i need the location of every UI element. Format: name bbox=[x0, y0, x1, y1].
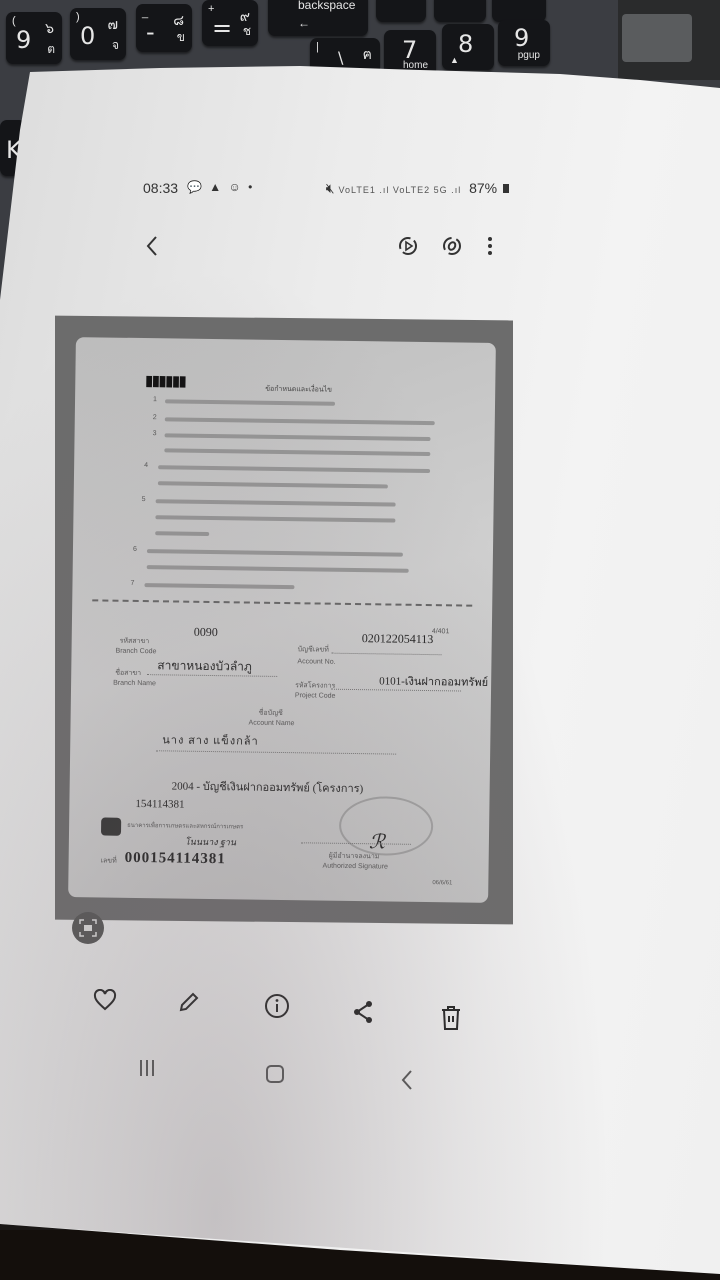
bank-logo-icon bbox=[101, 817, 121, 835]
rule-text bbox=[165, 417, 435, 425]
rule-text bbox=[155, 531, 209, 536]
nav-back-button[interactable] bbox=[394, 1067, 420, 1093]
rule-number: 3 bbox=[153, 430, 157, 437]
rule-text bbox=[156, 499, 396, 506]
key-sub-label: ▲ bbox=[450, 55, 459, 65]
signature-label-th: ผู้มีอำนาจลงนาม bbox=[329, 851, 380, 863]
signature-label-en: Authorized Signature bbox=[323, 863, 388, 871]
keyboard-key-backspace: backspace ← bbox=[268, 0, 368, 36]
motion-photo-icon bbox=[397, 235, 419, 257]
status-time: 08:33 bbox=[143, 180, 178, 196]
system-nav-bar bbox=[120, 1055, 440, 1095]
mute-icon: 🔇︎ bbox=[326, 180, 335, 196]
heart-icon bbox=[93, 989, 117, 1011]
bank-stamp bbox=[339, 796, 434, 856]
underline bbox=[332, 653, 442, 656]
rule-number: 4 bbox=[144, 462, 148, 469]
viewer-top-bar bbox=[140, 230, 510, 264]
pencil-icon bbox=[177, 990, 201, 1014]
key-top-label: backspace bbox=[298, 0, 355, 12]
rule-number: 1 bbox=[153, 396, 157, 403]
project-code-label-en: Project Code bbox=[295, 692, 336, 700]
favorite-button[interactable] bbox=[90, 985, 120, 1015]
project-code-label-th: รหัสโครงการ bbox=[295, 680, 335, 692]
share-icon bbox=[352, 1000, 374, 1024]
key-sub-label: pgup bbox=[518, 50, 540, 61]
customer-number: 154114381 bbox=[135, 798, 184, 811]
underline bbox=[156, 750, 396, 754]
remaster-button[interactable] bbox=[438, 232, 466, 260]
remaster-icon bbox=[441, 235, 463, 257]
perforation-line bbox=[92, 599, 472, 606]
rule-number: 5 bbox=[142, 496, 146, 503]
viewer-action-bar bbox=[80, 985, 480, 1035]
info-icon bbox=[264, 993, 290, 1019]
keyboard-key: _ - ๘ ข bbox=[136, 4, 192, 52]
key-main-label: \ bbox=[338, 48, 343, 67]
keyboard-key bbox=[434, 0, 486, 22]
keyboard-key-numpad-8: 8 ▲ bbox=[442, 24, 494, 70]
status-bar: 08:33 💬 ▲ ☺ • 🔇︎ VoLTE1 .ıl VoLTE2 5G .ı… bbox=[143, 180, 509, 202]
branch-code-label-en: Branch Code bbox=[115, 648, 156, 656]
key-thai-sub-label: ← bbox=[298, 16, 310, 30]
project-code-value: 0101-เงินฝากออมทรัพย์ bbox=[379, 671, 488, 691]
home-icon bbox=[265, 1064, 285, 1084]
home-button[interactable] bbox=[262, 1061, 288, 1087]
account-name-value: นาง สาง แข็งกล้า bbox=[162, 730, 259, 749]
officer-signature: โนนนาง ฐาน bbox=[185, 835, 236, 850]
keyboard-key bbox=[376, 0, 426, 22]
key-top-label: | bbox=[316, 41, 319, 53]
battery-icon bbox=[503, 184, 509, 193]
underline bbox=[147, 674, 277, 677]
rules-heading: ข้อกำหนดและเงื่อนไข bbox=[265, 384, 332, 396]
rule-text bbox=[147, 549, 403, 557]
chevron-left-icon bbox=[145, 235, 159, 257]
details-button[interactable] bbox=[262, 991, 292, 1021]
trash-icon bbox=[440, 1005, 462, 1031]
form-code: 4/401 bbox=[432, 628, 450, 635]
rule-text bbox=[144, 583, 294, 589]
rule-text bbox=[158, 465, 430, 473]
key-main-label: = bbox=[212, 14, 232, 42]
branch-name-label-th: ชื่อสาขา bbox=[115, 668, 141, 679]
passbook-number: 000154114381 bbox=[125, 850, 226, 868]
share-button[interactable] bbox=[348, 997, 378, 1027]
rule-number: 7 bbox=[130, 580, 134, 587]
rule-text bbox=[165, 399, 335, 405]
branch-name-label-en: Branch Name bbox=[113, 680, 156, 688]
passbook-page: ▮▮▮▮▮▮ ข้อกำหนดและเงื่อนไข 1 2 3 4 5 6 7… bbox=[68, 337, 496, 903]
rule-text bbox=[164, 448, 430, 456]
rule-text bbox=[165, 433, 431, 441]
key-thai-sub-label: ช bbox=[243, 22, 251, 41]
keyboard-key-numpad-9: 9 pgup bbox=[498, 20, 550, 66]
key-main-label: 0 bbox=[80, 22, 95, 50]
usb-connector bbox=[622, 14, 692, 62]
keyboard-key: ( 9 ๖ ต bbox=[6, 12, 62, 64]
key-main-label: 9 bbox=[514, 24, 529, 52]
footer-code: 06/6/61 bbox=[432, 880, 452, 886]
scan-text-button[interactable] bbox=[72, 912, 104, 944]
status-right: 🔇︎ VoLTE1 .ıl VoLTE2 5G .ıl 87% bbox=[326, 180, 509, 197]
keyboard-key: ) 0 ๗ จ bbox=[70, 8, 126, 60]
key-main-label: 9 bbox=[16, 26, 31, 54]
branch-code-label-th: รหัสสาขา bbox=[120, 636, 150, 647]
keyboard-key bbox=[492, 0, 546, 22]
back-button[interactable] bbox=[140, 232, 164, 260]
key-thai-sub-label: ต bbox=[47, 40, 55, 59]
branch-code-value: 0090 bbox=[194, 625, 218, 640]
key-sub-label: home bbox=[403, 60, 428, 71]
delete-button[interactable] bbox=[436, 1003, 466, 1033]
keyboard-key: + = ๙ ช bbox=[202, 0, 258, 46]
motion-photo-button[interactable] bbox=[394, 232, 422, 260]
printed-paper: 08:33 💬 ▲ ☺ • 🔇︎ VoLTE1 .ıl VoLTE2 5G .ı… bbox=[0, 0, 720, 1280]
barcode-mark: ▮▮▮▮▮▮ bbox=[145, 372, 185, 390]
product-type: 2004 - บัญชีเงินฝากออมทรัพย์ (โครงการ) bbox=[172, 776, 364, 797]
key-main-label: - bbox=[146, 18, 155, 46]
recents-button[interactable] bbox=[134, 1055, 160, 1081]
rule-text bbox=[158, 481, 388, 488]
battery-level: 87% bbox=[469, 180, 497, 196]
account-number-value: 020122054113 bbox=[362, 631, 434, 647]
key-thai-sub-label: จ bbox=[112, 36, 119, 55]
rule-text bbox=[155, 515, 395, 522]
more-vertical-icon bbox=[487, 236, 493, 256]
key-thai-sub-label: ข bbox=[177, 28, 185, 47]
more-options-button[interactable] bbox=[480, 232, 500, 260]
bank-name: ธนาคารเพื่อการเกษตรและสหกรณ์การเกษตร bbox=[127, 820, 243, 832]
account-name-label-th: ชื่อบัญชี bbox=[259, 708, 283, 719]
account-number-label-th: บัญชีเลขที่ bbox=[298, 644, 329, 655]
image-scan-icon bbox=[79, 919, 97, 937]
account-number-label-en: Account No. bbox=[297, 658, 335, 666]
key-thai-label: ฅ bbox=[363, 44, 372, 66]
signal-icons: VoLTE1 .ıl VoLTE2 5G .ıl bbox=[338, 185, 461, 195]
rule-number: 6 bbox=[133, 546, 137, 553]
account-name-label-en: Account Name bbox=[249, 720, 295, 728]
recents-icon bbox=[137, 1058, 157, 1078]
key-main-label: 8 bbox=[458, 30, 473, 58]
edit-button[interactable] bbox=[174, 987, 204, 1017]
passbook-number-label: เลขที่ bbox=[101, 855, 117, 866]
back-icon bbox=[400, 1069, 414, 1091]
key-thai-label: ๖ bbox=[45, 18, 54, 40]
rule-text bbox=[147, 565, 409, 573]
key-thai-label: ๗ bbox=[107, 14, 118, 36]
notification-icons: 💬 ▲ ☺ • bbox=[187, 180, 254, 194]
rule-number: 2 bbox=[153, 414, 157, 421]
